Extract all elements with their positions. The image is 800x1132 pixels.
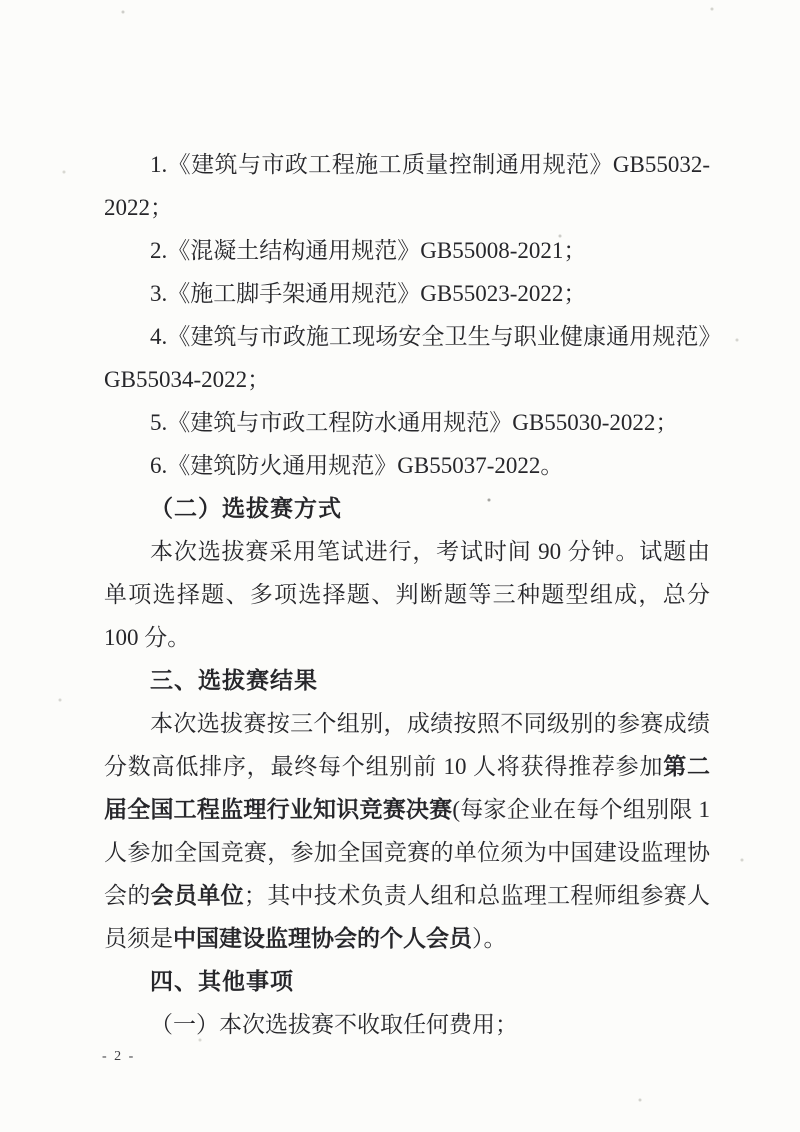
document-page: 1.《建筑与市政工程施工质量控制通用规范》GB55032-2022；2.《混凝土… — [0, 0, 800, 1132]
text-segment: ）。 — [472, 926, 507, 951]
text-segment: （一）本次选拔赛不收取任何费用； — [150, 1012, 518, 1037]
section-heading: （二）选拔赛方式 — [104, 487, 710, 530]
text-segment: 1.《建筑与市政工程施工质量控制通用规范》GB55032-2022； — [104, 152, 710, 220]
paragraph: 5.《建筑与市政工程防水通用规范》GB55030-2022； — [104, 401, 710, 444]
text-segment: 四、其他事项 — [150, 968, 294, 994]
paragraph: 6.《建筑防火通用规范》GB55037-2022。 — [104, 444, 710, 487]
paragraph: 1.《建筑与市政工程施工质量控制通用规范》GB55032-2022； — [104, 143, 710, 229]
paragraph: 本次选拔赛采用笔试进行，考试时间 90 分钟。试题由单项选择题、多项选择题、判断… — [104, 530, 710, 659]
text-segment: 三、选拔赛结果 — [150, 667, 318, 693]
text-segment: 2.《混凝土结构通用规范》GB55008-2021； — [150, 238, 586, 263]
text-segment: 5.《建筑与市政工程防水通用规范》GB55030-2022； — [150, 410, 678, 435]
text-segment: 6.《建筑防火通用规范》GB55037-2022。 — [150, 453, 563, 478]
text-segment: 中国建设监理协会的个人会员 — [173, 925, 472, 951]
paragraph: 4.《建筑与市政施工现场安全卫生与职业健康通用规范》GB55034-2022； — [104, 315, 710, 401]
text-segment: 会员单位 — [151, 882, 244, 908]
paragraph: 本次选拔赛按三个组别，成绩按照不同级别的参赛成绩分数高低排序，最终每个组别前 1… — [104, 702, 710, 960]
text-segment: 3.《施工脚手架通用规范》GB55023-2022； — [150, 281, 586, 306]
document-body: 1.《建筑与市政工程施工质量控制通用规范》GB55032-2022；2.《混凝土… — [104, 143, 710, 1046]
text-segment: 本次选拔赛按三个组别，成绩按照不同级别的参赛成绩分数高低排序，最终每个组别前 1… — [104, 711, 710, 779]
section-heading: 四、其他事项 — [104, 960, 710, 1003]
paragraph: 3.《施工脚手架通用规范》GB55023-2022； — [104, 272, 710, 315]
paragraph: （一）本次选拔赛不收取任何费用； — [104, 1003, 710, 1046]
text-segment: （二）选拔赛方式 — [150, 495, 342, 521]
section-heading: 三、选拔赛结果 — [104, 659, 710, 702]
page-number: - 2 - — [102, 1049, 135, 1065]
text-segment: 本次选拔赛采用笔试进行，考试时间 90 分钟。试题由单项选择题、多项选择题、判断… — [104, 539, 710, 650]
paragraph: 2.《混凝土结构通用规范》GB55008-2021； — [104, 229, 710, 272]
text-segment: 4.《建筑与市政施工现场安全卫生与职业健康通用规范》GB55034-2022； — [104, 324, 710, 392]
